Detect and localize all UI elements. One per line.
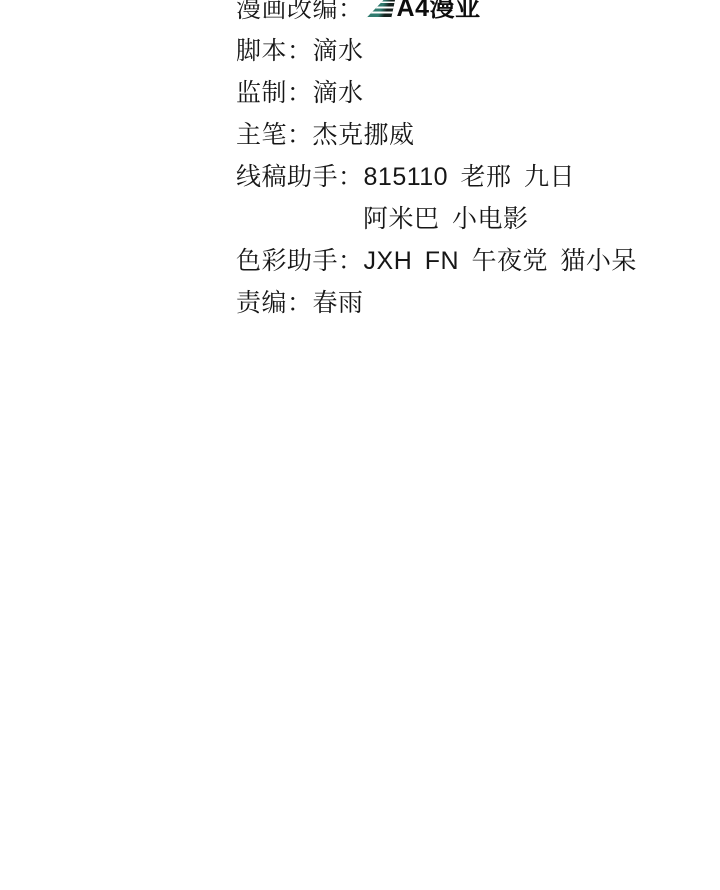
credit-line-editor: 责编：春雨	[236, 282, 637, 324]
credit-line-script: 脚本：滴水	[236, 30, 637, 72]
credit-value: 春雨	[313, 289, 364, 317]
credits-block: 漫画改编：A4漫业 脚本：滴水 监制：滴水 主笔：杰克挪威 线稿助手：81511…	[236, 0, 637, 324]
comic-credits-page: 漫画改编：A4漫业 脚本：滴水 监制：滴水 主笔：杰克挪威 线稿助手：81511…	[0, 0, 720, 890]
a4-logo-text: A4漫业	[397, 0, 481, 29]
a4-striped-a-icon	[366, 0, 396, 18]
credit-value: 杰克挪威	[313, 121, 415, 149]
credit-label: 责编：	[236, 289, 313, 317]
credit-line-color-assistants: 色彩助手：JXH FN 午夜党 猫小呆	[236, 240, 637, 282]
credit-value: JXH FN 午夜党 猫小呆	[364, 247, 637, 275]
credit-line-lineart-assistants: 线稿助手：815110 老邢 九日	[236, 156, 637, 198]
credit-value: 滴水	[313, 37, 364, 65]
credit-label: 主笔：	[236, 121, 313, 149]
credit-label: 漫画改编：	[236, 0, 364, 23]
credit-value: 815110 老邢 九日	[364, 163, 575, 191]
credit-label: 色彩助手：	[236, 247, 364, 275]
a4-manye-logo: A4漫业	[369, 0, 481, 29]
credit-line-supervisor: 监制：滴水	[236, 72, 637, 114]
credit-label: 脚本：	[236, 37, 313, 65]
credit-label: 监制：	[236, 79, 313, 107]
credit-label: 线稿助手：	[236, 163, 364, 191]
credit-value: 滴水	[313, 79, 364, 107]
credit-line-lead-artist: 主笔：杰克挪威	[236, 114, 637, 156]
credit-value: 阿米巴 小电影	[363, 205, 528, 233]
credit-line-lineart-assistants-continued: 阿米巴 小电影	[236, 198, 637, 240]
credit-line-adaptation: 漫画改编：A4漫业	[236, 0, 637, 30]
